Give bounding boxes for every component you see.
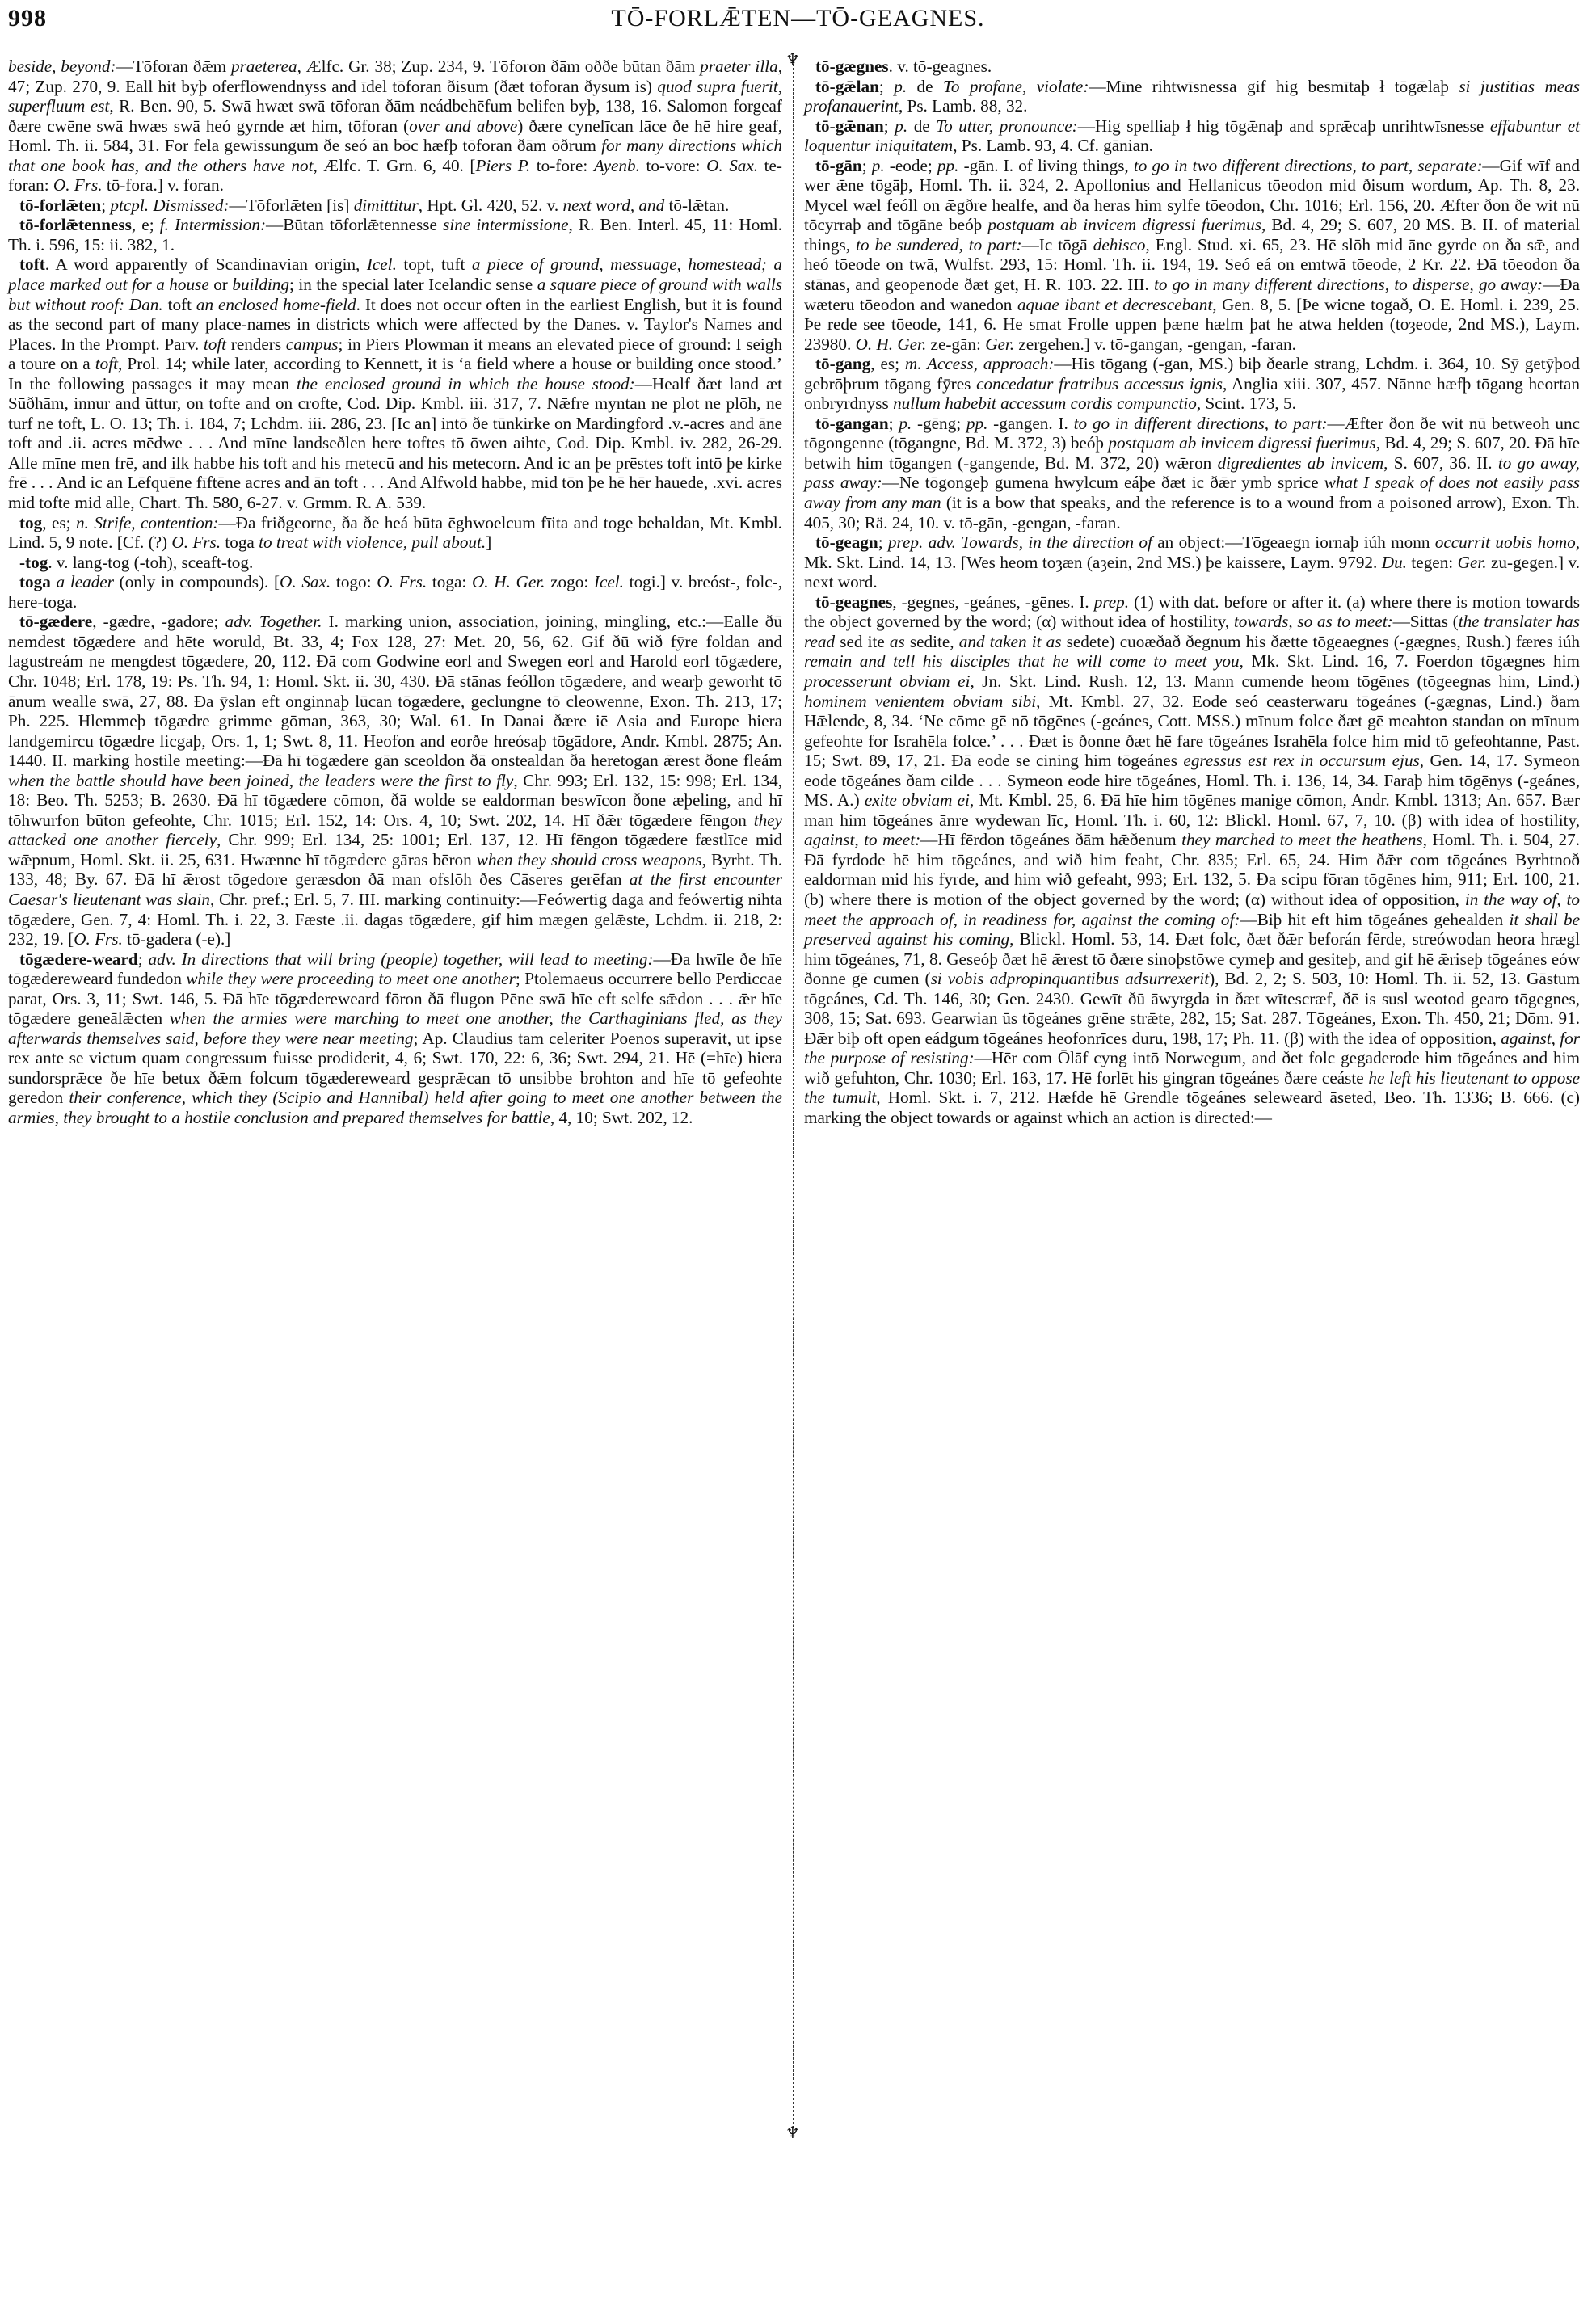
- entry-text: -gangen. I.: [987, 414, 1073, 433]
- entry-text: an object:—Tōgeaegn iornaþ iúh monn: [1152, 532, 1435, 552]
- italic-text: as: [890, 632, 905, 651]
- entry-text: —Ne tōgongeþ gumena hwylcum eáþe ðæt ic …: [882, 473, 1324, 492]
- italic-text: beside, beyond:: [8, 57, 116, 76]
- italic-text: prep. adv. Towards, in the direction of: [888, 532, 1152, 552]
- headword: tō-geagnes: [815, 592, 892, 612]
- italic-text: dehisco: [1093, 235, 1146, 255]
- italic-text: adv. Together.: [225, 612, 322, 631]
- italic-text: ptcpl. Dismissed:: [110, 196, 229, 215]
- italic-text: O. Sax.: [706, 156, 758, 175]
- entry-text: —Tōforlǣten [is]: [230, 196, 354, 215]
- entry-text: I. marking union, association, joining, …: [8, 612, 782, 770]
- italic-text: postquam ab invicem digressi fuerimus: [987, 215, 1261, 234]
- entry-text: toft: [163, 295, 196, 314]
- dictionary-entry: tō-forlǣten; ptcpl. Dismissed:—Tōforlǣte…: [8, 196, 782, 216]
- entry-text: toga:: [427, 572, 472, 591]
- headword: tō-forlǣten: [19, 196, 101, 215]
- entry-text: , Ælfc. T. Grn. 6, 40. [: [313, 156, 475, 175]
- italic-text: toft: [204, 335, 226, 354]
- entry-text: —Hig spelliaþ ł hig tōgǣnaþ and sprǣcaþ …: [1078, 116, 1490, 136]
- entry-text: [51, 572, 57, 591]
- italic-text: pp.: [937, 156, 958, 175]
- headword: tō-gān: [815, 156, 862, 175]
- headword: toft: [19, 255, 45, 274]
- entry-text: , Ps. Lamb. 88, 32.: [899, 96, 1028, 116]
- dictionary-entry: tō-gǣnan; p. de To utter, pronounce:—Hig…: [804, 116, 1580, 156]
- headword: tō-gang: [815, 354, 870, 373]
- italic-text: postquam ab invicem digressi fuerimus: [1108, 433, 1375, 453]
- entry-text: topt, tuft: [397, 255, 472, 274]
- entry-text: ;: [878, 532, 888, 552]
- column-divider: [793, 60, 794, 2128]
- entry-text: -eode;: [885, 156, 937, 175]
- dictionary-entry: tō-gang, es; m. Access, approach:—His tō…: [804, 354, 1580, 414]
- entry-text: to-fore:: [530, 156, 594, 175]
- italic-text: a leader: [57, 572, 114, 591]
- entry-text: sedite,: [905, 632, 959, 651]
- italic-text: an enclosed home-field: [196, 295, 356, 314]
- entry-text: , 4, 10; Swt. 202, 12.: [550, 1108, 693, 1127]
- italic-text: Icel.: [367, 255, 397, 274]
- entry-text: ;: [101, 196, 110, 215]
- entry-text: ; in the special later Icelandic sense: [289, 275, 537, 294]
- entry-text: zogo:: [545, 572, 593, 591]
- entry-text: —Healf ðæt land æt Sūðhām, innur and ūtt…: [8, 374, 782, 512]
- italic-text: Du.: [1382, 553, 1407, 572]
- italic-text: O. Frs.: [171, 532, 221, 552]
- italic-text: to go in different directions, to part:: [1074, 414, 1328, 433]
- entry-text: —Mīne rihtwīsnessa gif hig besmītaþ ł tō…: [1089, 77, 1459, 96]
- entry-text: , Jn. Skt. Lind. Rush. 12, 13. Mann cume…: [970, 671, 1580, 691]
- dictionary-entry: tō-forlǣtenness, e; f. Intermission:—Būt…: [8, 215, 782, 255]
- entry-text: . v. tō-geagnes.: [889, 57, 992, 76]
- entry-text: or: [209, 275, 233, 294]
- entry-text: ;: [889, 414, 899, 433]
- italic-text: prep.: [1094, 592, 1129, 612]
- italic-text: p.: [895, 116, 907, 136]
- italic-text: remain and tell his disciples that he wi…: [804, 651, 1240, 671]
- italic-text: next word, and: [562, 196, 664, 215]
- entry-text: . A word apparently of Scandinavian orig…: [45, 255, 367, 274]
- italic-text: when the battle should have been joined,…: [8, 771, 513, 790]
- italic-text: Ayenb.: [594, 156, 640, 175]
- italic-text: O. H. Ger.: [856, 335, 927, 354]
- headword: tōgædere-weard: [19, 949, 138, 969]
- italic-text: over and above: [409, 116, 517, 136]
- italic-text: dimittitur: [354, 196, 419, 215]
- italic-text: campus: [286, 335, 339, 354]
- italic-text: occurrit uobis homo: [1435, 532, 1576, 552]
- italic-text: toft: [95, 354, 118, 373]
- italic-text: they marched to meet the heathens: [1181, 830, 1423, 849]
- italic-text: To profane, violate:: [943, 77, 1089, 96]
- entry-text: —Hī fērdon tōgeánes ðām hǣðenum: [920, 830, 1181, 849]
- italic-text: si vobis adpropinquantibus adsurrexerit: [931, 969, 1210, 988]
- entry-text: , Ps. Lamb. 93, 4. Cf. gānian.: [953, 136, 1153, 155]
- entry-text: sed ite: [835, 632, 890, 651]
- headword: tō-gædere: [19, 612, 92, 631]
- entry-text: —Biþ hit eft him tōgeánes gehealden: [1240, 910, 1509, 929]
- headword: toga: [19, 572, 51, 591]
- italic-text: digredientes ab invicem: [1218, 453, 1384, 473]
- entry-text: , e;: [132, 215, 160, 234]
- italic-text: concedatur fratribus accessus ignis: [976, 374, 1223, 394]
- dictionary-entry: -tog. v. lang-tog (-toh), sceaft-tog.: [8, 553, 782, 573]
- dictionary-entry: tō-gangan; p. -gēng; pp. -gangen. I. to …: [804, 414, 1580, 532]
- italic-text: while they were proceeding to meet one a…: [186, 969, 515, 988]
- entry-text: ;: [884, 116, 895, 136]
- entry-text: -gēng;: [912, 414, 966, 433]
- entry-text: , S. 607, 36. II.: [1383, 453, 1498, 473]
- italic-text: when they should cross weapons: [477, 850, 702, 869]
- dictionary-entry: tō-gædere, -gædre, -gadore; adv. Togethe…: [8, 612, 782, 949]
- italic-text: To utter, pronounce:: [936, 116, 1077, 136]
- entry-text: ze-gān:: [926, 335, 985, 354]
- dictionary-entry: tōgædere-weard; adv. In directions that …: [8, 949, 782, 1128]
- italic-text: aquae ibant et decrescebant: [1017, 295, 1212, 314]
- italic-text: and taken it as: [959, 632, 1062, 651]
- entry-text: . v. lang-tog (-toh), sceaft-tog.: [48, 553, 253, 572]
- italic-text: praeter illa: [700, 57, 778, 76]
- entry-text: ;: [862, 156, 872, 175]
- entry-text: renders: [226, 335, 286, 354]
- entry-text: —Tōforan ðǣm: [116, 57, 231, 76]
- entry-text: tō-lǣtan.: [664, 196, 729, 215]
- entry-text: —Būtan tōforlǣtennesse: [266, 215, 443, 234]
- left-column: beside, beyond:—Tōforan ðǣm praeterea, Æ…: [8, 57, 782, 1128]
- entry-text: de: [907, 116, 936, 136]
- entry-text: ]: [486, 532, 491, 552]
- italic-text: to treat with violence, pull about.: [259, 532, 486, 552]
- entry-text: sedete) cuoæðað ðegnum his ðætte tōgeaeg…: [1061, 632, 1580, 651]
- dictionary-entry: tō-gægnes. v. tō-geagnes.: [804, 57, 1580, 77]
- italic-text: Ger.: [1458, 553, 1487, 572]
- italic-text: O. Frs.: [53, 175, 103, 195]
- dictionary-entry: tō-gān; p. -eode; pp. -gān. I. of living…: [804, 156, 1580, 354]
- italic-text: Piers P.: [475, 156, 530, 175]
- entry-text: —Sittas (: [1393, 612, 1459, 631]
- entry-text: togo:: [331, 572, 377, 591]
- entry-text: , es;: [870, 354, 905, 373]
- italic-text: egressus est rex in occursum ejus: [1183, 751, 1419, 770]
- entry-text: , Scint. 173, 5.: [1197, 394, 1296, 413]
- italic-text: O. Sax.: [280, 572, 331, 591]
- entry-text: tō-gadera (-e).]: [123, 929, 231, 949]
- italic-text: nullum habebit accessum cordis compuncti…: [893, 394, 1197, 413]
- entry-text: , es;: [42, 513, 76, 532]
- dictionary-entry: tō-geagnes, -gegnes, -geánes, -gēnes. I.…: [804, 592, 1580, 1128]
- entry-text: tō-fora.] v. foran.: [103, 175, 224, 195]
- italic-text: Ger.: [985, 335, 1014, 354]
- running-head: TŌ-FORLǢTEN—TŌ-GEAGNES.: [8, 5, 1588, 32]
- italic-text: to go in two different directions, to pa…: [1134, 156, 1482, 175]
- entry-text: zergehen.] v. tō-gangan, -gengan, -faran…: [1014, 335, 1296, 354]
- italic-text: p.: [894, 77, 907, 96]
- entry-text: (only in compounds). [: [114, 572, 280, 591]
- headword: tō-geagn: [815, 532, 878, 552]
- italic-text: O. Frs.: [377, 572, 427, 591]
- headword: tō-gægnes: [815, 57, 889, 76]
- entry-continuation: beside, beyond:—Tōforan ðǣm praeterea, Æ…: [8, 57, 782, 196]
- italic-text: the enclosed ground in which the house s…: [297, 374, 635, 394]
- page-header: 998 TŌ-FORLǢTEN—TŌ-GEAGNES.: [8, 5, 1588, 37]
- italic-text: p.: [899, 414, 912, 433]
- right-column: tō-gægnes. v. tō-geagnes.tō-gǣlan; p. de…: [804, 57, 1580, 1128]
- headword: tog: [19, 513, 42, 532]
- entry-text: , Homl. Skt. i. 7, 212. Hæfde hē Grendle…: [804, 1088, 1580, 1127]
- entry-text: , Hpt. Gl. 420, 52. v.: [419, 196, 563, 215]
- entry-text: , -gædre, -gadore;: [92, 612, 225, 631]
- dictionary-entry: tō-gǣlan; p. de To profane, violate:—Mīn…: [804, 77, 1580, 116]
- dictionary-entry: tō-geagn; prep. adv. Towards, in the dir…: [804, 532, 1580, 592]
- divider-ornament-bottom-icon: ♆: [785, 2125, 800, 2141]
- entry-text: tegen:: [1407, 553, 1458, 572]
- entry-text: —Ic tōgā: [1022, 235, 1093, 255]
- entry-text: , -gegnes, -geánes, -gēnes. I.: [892, 592, 1093, 612]
- italic-text: n. Strife, contention:: [76, 513, 218, 532]
- headword: tō-gǣlan: [815, 77, 879, 96]
- italic-text: against, to meet:: [804, 830, 920, 849]
- italic-text: to go in many different directions, to d…: [1154, 275, 1543, 294]
- italic-text: exite obviam ei: [865, 790, 970, 810]
- italic-text: O. Frs.: [74, 929, 123, 949]
- italic-text: building: [232, 275, 289, 294]
- headword: tō-forlǣtenness: [19, 215, 132, 234]
- dictionary-entry: tog, es; n. Strife, contention:—Ða friðg…: [8, 513, 782, 553]
- entry-text: , Ælfc. Gr. 38; Zup. 234, 9. Tōforon ðām…: [297, 57, 701, 76]
- italic-text: towards, so as to meet:: [1234, 612, 1393, 631]
- italic-text: praeterea: [231, 57, 297, 76]
- italic-text: processerunt obviam ei: [804, 671, 970, 691]
- entry-text: to-vore:: [640, 156, 706, 175]
- entry-text: toga: [221, 532, 259, 552]
- italic-text: hominem venientem obviam sibi: [804, 692, 1036, 711]
- headword: -tog: [19, 553, 48, 572]
- italic-text: sine intermissione: [443, 215, 568, 234]
- italic-text: f. Intermission:: [160, 215, 266, 234]
- dictionary-entry: toft. A word apparently of Scandinavian …: [8, 255, 782, 512]
- entry-text: de: [907, 77, 943, 96]
- italic-text: O. H. Ger.: [472, 572, 545, 591]
- dictionary-entry: toga a leader (only in compounds). [O. S…: [8, 572, 782, 612]
- dictionary-columns: beside, beyond:—Tōforan ðǣm praeterea, Æ…: [8, 57, 1588, 2190]
- italic-text: Icel.: [594, 572, 624, 591]
- entry-text: ;: [138, 949, 149, 969]
- headword: tō-gangan: [815, 414, 889, 433]
- entry-text: -gān. I. of living things,: [958, 156, 1134, 175]
- entry-text: , Mk. Skt. Lind. 16, 7. Foerdon tōgægnes…: [1240, 651, 1580, 671]
- headword: tō-gǣnan: [815, 116, 884, 136]
- italic-text: m. Access, approach:: [905, 354, 1054, 373]
- italic-text: p.: [872, 156, 885, 175]
- italic-text: pp.: [966, 414, 987, 433]
- italic-text: adv. In directions that will bring (peop…: [148, 949, 653, 969]
- entry-text: ;: [879, 77, 894, 96]
- divider-ornament-top-icon: ♆: [785, 52, 800, 68]
- italic-text: to be sundered, to part:: [856, 235, 1022, 255]
